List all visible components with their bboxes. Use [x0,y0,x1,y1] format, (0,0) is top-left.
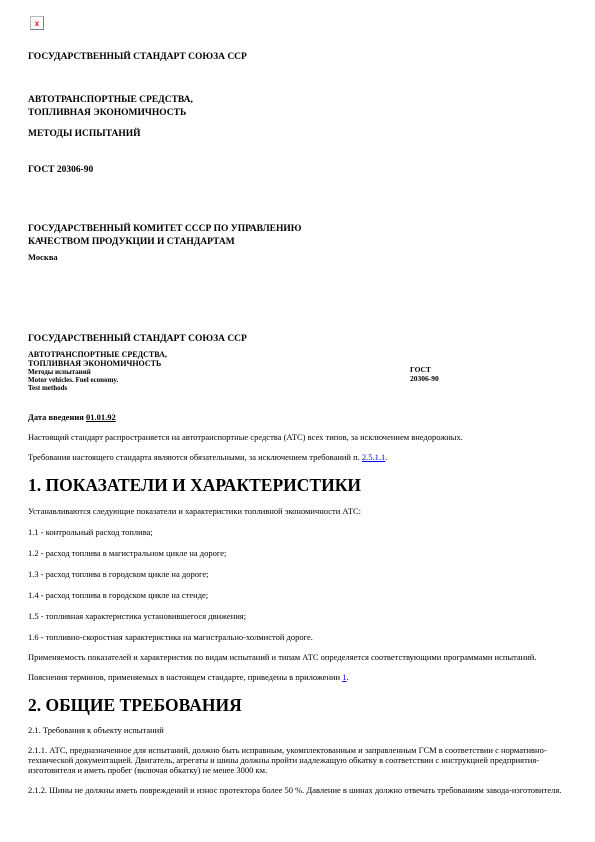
clause-2511-link[interactable]: 2.5.1.1 [362,452,385,462]
document-page: x ГОСУДАРСТВЕННЫЙ СТАНДАРТ СОЮЗА ССР АВТ… [0,0,595,795]
section2-heading: 2. ОБЩИЕ ТРЕБОВАНИЯ [28,695,565,715]
effective-date-label: Дата введения [28,412,86,422]
header-gost-designation: ГОСТ20306-90 [410,365,439,383]
title-committee-line2: КАЧЕСТВОМ ПРОДУКЦИИ И СТАНДАРТАМ [28,237,235,247]
terms-suffix: . [346,672,348,682]
mandatory-text: Требования настоящего стандарта являются… [28,452,362,462]
title-subject-line2: ТОПЛИВНАЯ ЭКОНОМИЧНОСТЬ [28,108,186,118]
list-item-1-5: 1.5 - топливная характеристика установив… [28,611,565,621]
paragraph-2-1-1: 2.1.1. АТС, предназначенное для испытани… [28,745,565,775]
broken-image-x-glyph: x [35,19,39,28]
list-item-1-4: 1.4 - расход топлива в городском цикле н… [28,590,565,600]
paragraph-2-1-2: 2.1.2. Шины не должны иметь повреждений … [28,785,565,795]
scope-paragraph: Настоящий стандарт распространяется на а… [28,432,565,442]
title-committee: ГОСУДАРСТВЕННЫЙ КОМИТЕТ СССР ПО УПРАВЛЕН… [28,223,565,249]
section1-lead: Устанавливаются следующие показатели и х… [28,506,565,516]
list-item-1-3: 1.3 - расход топлива в городском цикле н… [28,569,565,579]
standard-header-line: ГОСУДАРСТВЕННЫЙ СТАНДАРТ СОЮЗА ССР [28,333,565,345]
applicability-paragraph: Применяемость показателей и характеристи… [28,652,565,662]
title-methods-line: МЕТОДЫ ИСПЫТАНИЙ [28,128,565,140]
title-subject: АВТОТРАНСПОРТНЫЕ СРЕДСТВА,ТОПЛИВНАЯ ЭКОН… [28,94,565,120]
section2-sub-heading: 2.1. Требования к объекту испытаний [28,725,565,735]
header-subject-line2: ТОПЛИВНАЯ ЭКОНОМИЧНОСТЬ [28,359,161,368]
title-committee-line1: ГОСУДАРСТВЕННЫЙ КОМИТЕТ СССР ПО УПРАВЛЕН… [28,224,302,234]
header-subtitle-ru: Методы испытаний [28,368,565,376]
title-subject-line1: АВТОТРАНСПОРТНЫЕ СРЕДСТВА, [28,95,193,105]
terms-text: Пояснения терминов, применяемых в настоя… [28,672,342,682]
standard-header-row: АВТОТРАНСПОРТНЫЕ СРЕДСТВА,ТОПЛИВНАЯ ЭКОН… [28,350,565,392]
header-subject: АВТОТРАНСПОРТНЫЕ СРЕДСТВА,ТОПЛИВНАЯ ЭКОН… [28,350,565,368]
header-gost-number: 20306-90 [410,374,439,383]
header-subject-line1: АВТОТРАНСПОРТНЫЕ СРЕДСТВА, [28,350,167,359]
list-item-1-6: 1.6 - топливно-скоростная характеристика… [28,632,565,642]
mandatory-paragraph: Требования настоящего стандарта являются… [28,452,565,462]
title-city: Москва [28,252,565,263]
list-item-1-2: 1.2 - расход топлива в магистральном цик… [28,548,565,558]
terms-paragraph: Пояснения терминов, применяемых в настоя… [28,672,565,682]
broken-image-icon: x [30,16,44,30]
section1-heading: 1. ПОКАЗАТЕЛИ И ХАРАКТЕРИСТИКИ [28,475,565,495]
header-subtitle-en2: Test methods [28,384,565,392]
effective-date-line: Дата введения 01.01.92 [28,412,565,422]
title-gost-number: ГОСТ 20306-90 [28,164,565,176]
effective-date-value: 01.01.92 [86,412,116,422]
header-gost-label: ГОСТ [410,365,431,374]
header-subtitle-en1: Motor vehicles. Fuel economy. [28,376,565,384]
standard-header-left: АВТОТРАНСПОРТНЫЕ СРЕДСТВА,ТОПЛИВНАЯ ЭКОН… [28,350,565,392]
mandatory-suffix: . [385,452,387,462]
list-item-1-1: 1.1 - контрольный расход топлива; [28,527,565,537]
title-standard-line: ГОСУДАРСТВЕННЫЙ СТАНДАРТ СОЮЗА ССР [28,51,565,63]
